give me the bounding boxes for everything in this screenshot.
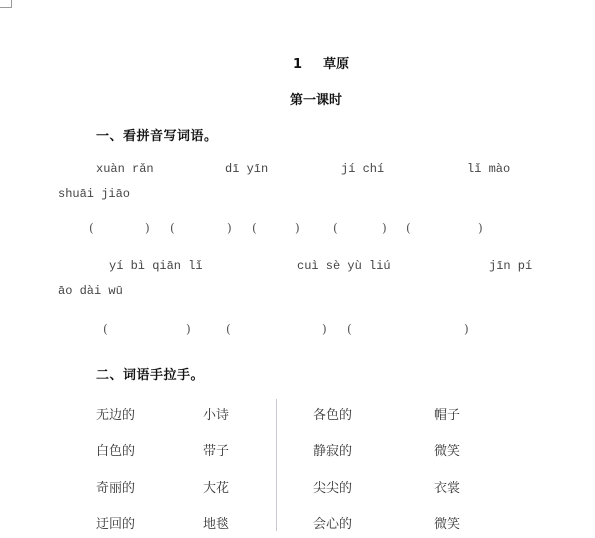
noun-word[interactable]: 带子 <box>203 440 229 459</box>
noun-word[interactable]: 微笑 <box>434 440 460 459</box>
adjective-word[interactable]: 静寂的 <box>313 440 352 459</box>
answer-blank[interactable] <box>260 221 291 235</box>
adjective-word[interactable]: 白色的 <box>96 440 135 459</box>
pinyin-item: cuì sè yù liú <box>297 259 391 273</box>
adjective-word[interactable]: 迂回的 <box>96 513 135 532</box>
page-corner-mark <box>0 0 12 8</box>
pinyin-item: āo dài wū <box>58 284 123 298</box>
pinyin-item: lǐ mào <box>467 162 510 176</box>
blank-close-paren: ) <box>227 221 232 235</box>
adjective-word[interactable]: 奇丽的 <box>96 477 135 496</box>
lesson-number: 1 <box>293 57 302 72</box>
answer-blank[interactable] <box>234 322 318 336</box>
column-divider <box>276 399 277 531</box>
adjective-word[interactable]: 各色的 <box>313 404 352 423</box>
noun-word[interactable]: 微笑 <box>434 513 460 532</box>
answer-blank[interactable] <box>414 221 474 235</box>
blank-open-paren: ( <box>89 221 94 235</box>
answer-blank[interactable] <box>111 322 182 336</box>
blank-close-paren: ) <box>145 221 150 235</box>
section-2-heading: 二、词语手拉手。 <box>96 364 204 383</box>
answer-blank[interactable] <box>97 221 141 235</box>
pinyin-item: xuàn rǎn <box>96 162 154 176</box>
pinyin-item: jí chí <box>341 162 384 176</box>
pinyin-item: jīn pí <box>489 259 532 273</box>
blank-open-paren: ( <box>170 221 175 235</box>
answer-blank[interactable] <box>341 221 378 235</box>
noun-word[interactable]: 帽子 <box>434 404 460 423</box>
adjective-word[interactable]: 尖尖的 <box>313 477 352 496</box>
blank-open-paren: ( <box>252 221 257 235</box>
adjective-word[interactable]: 会心的 <box>313 513 352 532</box>
blank-open-paren: ( <box>406 221 411 235</box>
noun-word[interactable]: 衣裳 <box>434 477 460 496</box>
blank-close-paren: ) <box>478 221 483 235</box>
pinyin-item: shuāi jiāo <box>58 187 130 201</box>
blank-close-paren: ) <box>295 221 300 235</box>
section-1-heading: 一、看拼音写词语。 <box>96 125 218 144</box>
pinyin-item: yí bì qiān lǐ <box>109 259 203 273</box>
lesson-title: 1 草原 <box>293 53 349 72</box>
blank-close-paren: ) <box>186 322 191 336</box>
lesson-subtitle: 第一课时 <box>290 89 342 108</box>
answer-blank[interactable] <box>178 221 223 235</box>
pinyin-item: dī yīn <box>225 162 268 176</box>
blank-open-paren: ( <box>103 322 108 336</box>
noun-word[interactable]: 小诗 <box>203 404 229 423</box>
blank-close-paren: ) <box>382 221 387 235</box>
blank-close-paren: ) <box>322 322 327 336</box>
blank-open-paren: ( <box>226 322 231 336</box>
blank-open-paren: ( <box>333 221 338 235</box>
noun-word[interactable]: 大花 <box>203 477 229 496</box>
adjective-word[interactable]: 无边的 <box>96 404 135 423</box>
noun-word[interactable]: 地毯 <box>203 513 229 532</box>
lesson-name: 草原 <box>323 57 349 72</box>
blank-close-paren: ) <box>464 322 469 336</box>
blank-open-paren: ( <box>347 322 352 336</box>
answer-blank[interactable] <box>355 322 460 336</box>
